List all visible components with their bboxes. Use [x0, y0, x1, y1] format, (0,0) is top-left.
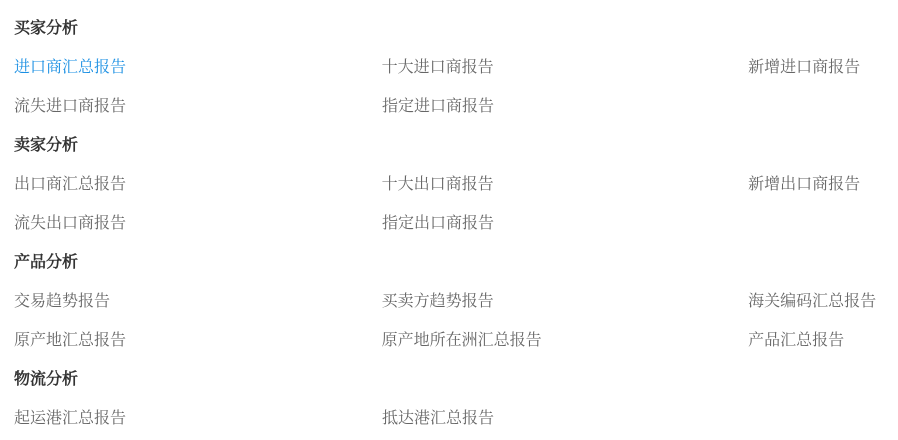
link-specified-importer-report[interactable]: 指定进口商报告 — [382, 86, 749, 125]
link-departure-port-summary-report[interactable]: 起运港汇总报告 — [14, 398, 382, 437]
link-top10-importer-report[interactable]: 十大进口商报告 — [382, 47, 749, 86]
report-menu: 买家分析 进口商汇总报告 十大进口商报告 新增进口商报告 流失进口商报告 指定进… — [0, 8, 898, 437]
link-origin-continent-summary-report[interactable]: 原产地所在洲汇总报告 — [382, 320, 749, 359]
link-hs-code-summary-report[interactable]: 海关编码汇总报告 — [748, 281, 898, 320]
section-title: 买家分析 — [14, 8, 898, 47]
link-new-exporter-report[interactable]: 新增出口商报告 — [748, 164, 898, 203]
menu-row: 起运港汇总报告 抵达港汇总报告 — [14, 398, 898, 437]
link-lost-importer-report[interactable]: 流失进口商报告 — [14, 86, 382, 125]
link-specified-exporter-report[interactable]: 指定出口商报告 — [382, 203, 749, 242]
section-title: 卖家分析 — [14, 125, 898, 164]
link-product-summary-report[interactable]: 产品汇总报告 — [748, 320, 898, 359]
menu-row: 出口商汇总报告 十大出口商报告 新增出口商报告 — [14, 164, 898, 203]
link-arrival-port-summary-report[interactable]: 抵达港汇总报告 — [382, 398, 749, 437]
section-seller-analysis: 卖家分析 出口商汇总报告 十大出口商报告 新增出口商报告 流失出口商报告 指定出… — [14, 125, 898, 242]
section-logistics-analysis: 物流分析 起运港汇总报告 抵达港汇总报告 — [14, 359, 898, 437]
section-product-analysis: 产品分析 交易趋势报告 买卖方趋势报告 海关编码汇总报告 原产地汇总报告 原产地… — [14, 242, 898, 359]
section-title: 产品分析 — [14, 242, 898, 281]
menu-row: 流失进口商报告 指定进口商报告 — [14, 86, 898, 125]
menu-row: 原产地汇总报告 原产地所在洲汇总报告 产品汇总报告 — [14, 320, 898, 359]
menu-row: 进口商汇总报告 十大进口商报告 新增进口商报告 — [14, 47, 898, 86]
link-origin-summary-report[interactable]: 原产地汇总报告 — [14, 320, 382, 359]
link-top10-exporter-report[interactable]: 十大出口商报告 — [382, 164, 749, 203]
link-lost-exporter-report[interactable]: 流失出口商报告 — [14, 203, 382, 242]
link-exporter-summary-report[interactable]: 出口商汇总报告 — [14, 164, 382, 203]
link-new-importer-report[interactable]: 新增进口商报告 — [748, 47, 898, 86]
section-title: 物流分析 — [14, 359, 898, 398]
link-buyer-seller-trend-report[interactable]: 买卖方趋势报告 — [382, 281, 749, 320]
menu-row: 流失出口商报告 指定出口商报告 — [14, 203, 898, 242]
section-buyer-analysis: 买家分析 进口商汇总报告 十大进口商报告 新增进口商报告 流失进口商报告 指定进… — [14, 8, 898, 125]
link-trade-trend-report[interactable]: 交易趋势报告 — [14, 281, 382, 320]
menu-row: 交易趋势报告 买卖方趋势报告 海关编码汇总报告 — [14, 281, 898, 320]
link-importer-summary-report[interactable]: 进口商汇总报告 — [14, 47, 382, 86]
